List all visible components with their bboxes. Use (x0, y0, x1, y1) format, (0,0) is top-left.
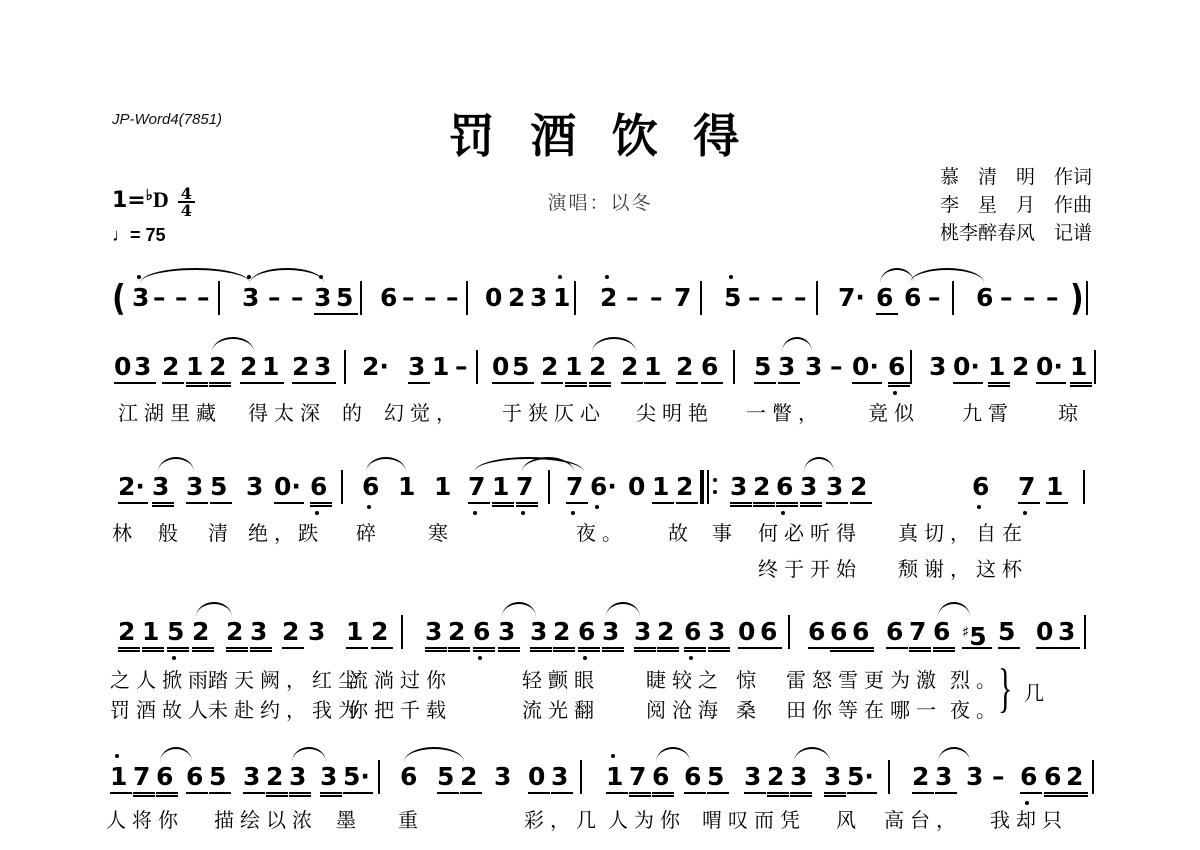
note: 5· (847, 762, 877, 794)
note: 7 (566, 472, 588, 504)
note: 1 (110, 762, 132, 794)
barline (1092, 760, 1094, 794)
music-line: (3–––3––356–––02312––75–––7·66–6–––) (0, 283, 1200, 323)
note: 3 (929, 352, 951, 382)
note: 3 (425, 617, 447, 649)
note: 5· (343, 762, 373, 794)
lyric-cell: 颓谢，这杯 (898, 556, 1028, 584)
dash-extension: – (455, 352, 477, 382)
octave-dot-above (558, 275, 562, 279)
note: 2 (266, 762, 288, 794)
slur-arc (782, 337, 812, 352)
music-line: 0321221232·31–052122126533–0·630·120·1江湖… (0, 352, 1200, 392)
note: 3 (824, 762, 846, 794)
note: 3 (805, 352, 827, 382)
music-line: 215223231232633263326306666676♯5503之人掀雨踏… (0, 617, 1200, 657)
note: 2 (226, 617, 248, 649)
dash-extension: – (992, 762, 1014, 792)
lyric-cell: 烈。 (950, 667, 1002, 695)
note: 5 (707, 762, 729, 794)
note: 2 (753, 472, 775, 504)
lyric-cell: 几 (1024, 680, 1050, 708)
note: 1 (432, 352, 454, 382)
barline (910, 350, 912, 384)
note: 6 (904, 283, 926, 313)
rest-note: 0 (738, 617, 760, 649)
octave-dot-above (729, 275, 733, 279)
barline (1094, 350, 1096, 384)
note: 1 (644, 352, 666, 384)
note: 1 (492, 472, 514, 504)
octave-dot-below (367, 505, 371, 509)
octave-dot-below (977, 505, 981, 509)
dash-extension: – (175, 283, 197, 313)
note: 1 (186, 352, 208, 384)
note: 6 (380, 283, 402, 313)
note: 6 (186, 762, 208, 794)
note: 5 (724, 283, 746, 313)
barline (574, 281, 576, 315)
lyric-cell: 夜。 (950, 697, 1002, 725)
note: 2· (362, 352, 392, 382)
note: 2 (508, 283, 530, 313)
note: 3 (708, 617, 730, 649)
note: 2 (371, 617, 393, 649)
note: 3 (246, 472, 268, 502)
note: 6 (400, 762, 422, 792)
dash-extension: – (771, 283, 793, 313)
octave-dot-above (611, 754, 615, 758)
note: 6 (684, 762, 706, 794)
dash-extension: – (830, 352, 852, 382)
note: 2 (676, 352, 698, 384)
slur-arc (140, 268, 250, 283)
lyric-cell: 江湖里藏 (118, 400, 222, 428)
note: 6 (701, 352, 723, 384)
repeat-dot (713, 478, 717, 482)
barline (466, 281, 468, 315)
note: 1 (988, 352, 1010, 384)
dash-extension: – (1046, 283, 1068, 313)
note: 6 (156, 762, 178, 794)
note: 0· (274, 472, 304, 504)
barline (360, 281, 362, 315)
note: 1 (606, 762, 628, 794)
note: 2 (912, 762, 934, 794)
note: 2 (1066, 762, 1088, 794)
lyric-cell: 事 (712, 520, 738, 548)
note: 7 (909, 617, 931, 649)
note: 2 (850, 472, 872, 504)
dash-extension: – (794, 283, 816, 313)
lyric-cell: 何必听得 (758, 520, 862, 548)
lyric-cell: 高台， (884, 807, 962, 835)
note: 5 (754, 352, 776, 384)
slur-arc (250, 268, 324, 283)
rest-note: 0 (628, 472, 650, 502)
sharp-icon: ♯ (962, 623, 969, 641)
note: 6 (310, 472, 332, 504)
note: 3 (186, 472, 208, 504)
note: 1 (346, 617, 368, 649)
note: 6 (652, 762, 674, 794)
note: 3 (289, 762, 311, 794)
lyric-cell: 流光翻 (522, 697, 600, 725)
note: 7 (516, 472, 538, 504)
slur-arc (292, 747, 326, 762)
note: 7· (838, 283, 868, 313)
note: 7 (133, 762, 155, 794)
barline (788, 615, 790, 649)
note: 2 (541, 352, 563, 384)
note: 6 (760, 617, 782, 649)
repeat-thin-bar (707, 470, 709, 504)
slur-arc (938, 602, 970, 617)
lyric-cell: 一瞥， (746, 400, 824, 428)
note: 7 (468, 472, 490, 504)
intro-parenthesis: ) (1070, 280, 1084, 318)
slur-arc (606, 602, 640, 617)
lyric-cell: 竟似 (868, 400, 920, 428)
barline (378, 760, 380, 794)
octave-dot-below (1025, 801, 1029, 805)
dash-extension: – (424, 283, 446, 313)
slur-arc (196, 602, 232, 617)
barline (218, 281, 220, 315)
note: 6 (852, 617, 874, 649)
lyric-cell: 之人掀雨 (110, 667, 214, 695)
note: ♯5 (962, 617, 992, 649)
octave-dot-above (247, 275, 251, 279)
rest-note: 0 (1036, 617, 1058, 649)
note: 3 (551, 762, 573, 794)
barline (888, 760, 890, 794)
slur-arc (160, 747, 192, 762)
note: 7 (674, 283, 696, 313)
note: 5 (167, 617, 189, 649)
note: 6 (886, 617, 908, 649)
note: 3 (530, 617, 552, 649)
slur-arc (592, 337, 636, 352)
octave-dot-below (172, 656, 176, 660)
barline (1083, 470, 1085, 504)
note: 6 (776, 472, 798, 504)
slur-arc (938, 747, 970, 762)
rest-note: 0 (528, 762, 550, 794)
note: 0· (852, 352, 882, 384)
barline (344, 350, 346, 384)
note: 3 (152, 472, 174, 504)
music-line: 2·33530·661171776·012326332671林般清绝，跌碎寒夜。… (0, 472, 1200, 512)
note: 3 (602, 617, 624, 649)
sheet-music-page: JP-Word4(7851) 罚 酒 饮 得 演唱：以冬 1=♭D44 ♩= 7… (0, 0, 1200, 850)
lyric-cell: 绝， (248, 520, 300, 548)
slur-arc (502, 602, 536, 617)
octave-dot-below (315, 511, 319, 515)
note: 3 (314, 352, 336, 384)
slur-arc (804, 457, 834, 472)
lyric-cell: 碎 (356, 520, 382, 548)
note: 1 (565, 352, 587, 384)
note: 6 (876, 283, 898, 315)
note: 6· (590, 472, 620, 502)
note: 3 (935, 762, 957, 794)
note: 5 (209, 762, 231, 794)
note: 3 (320, 762, 342, 794)
note: 3 (1058, 617, 1080, 649)
dash-extension: – (197, 283, 219, 313)
intro-parenthesis: ( (112, 280, 126, 318)
lyric-cell: 阅沧海 (646, 697, 724, 725)
repeat-thick-bar (700, 470, 704, 504)
note: 2 (621, 352, 643, 384)
dash-extension: – (650, 283, 672, 313)
dash-extension: – (402, 283, 424, 313)
note: 2 (589, 352, 611, 384)
note: 2 (192, 617, 214, 649)
octave-dot-below (689, 656, 693, 660)
note: 2 (292, 352, 314, 384)
lyric-cell: 描绘以浓 (214, 807, 318, 835)
lyric-cell: 尖明艳 (636, 400, 714, 428)
dash-extension: – (748, 283, 770, 313)
note: 6 (1044, 762, 1066, 794)
note: 2 (162, 352, 184, 384)
lyric-cell: 罚酒故人 (110, 697, 214, 725)
barline (952, 281, 954, 315)
note: 1 (434, 472, 456, 502)
note: 5 (512, 352, 534, 384)
lyric-cell: 未赴约，我为 (208, 697, 364, 725)
rest-note: 0 (485, 283, 507, 313)
note: 6 (1020, 762, 1042, 794)
note: 3 (498, 617, 520, 649)
lyric-cell: 清 (208, 520, 234, 548)
note: 3 (243, 762, 265, 794)
barline (580, 760, 582, 794)
note: 0· (1036, 352, 1066, 384)
lyric-cell: 琼 (1058, 400, 1084, 428)
note: 2 (553, 617, 575, 649)
note: 3 (744, 762, 766, 794)
barline (548, 470, 550, 504)
note: 3 (314, 283, 336, 315)
note: 7 (629, 762, 651, 794)
score: (3–––3––356–––02312––75–––7·66–6–––)0321… (0, 0, 1200, 850)
lyric-cell: 轻颤眼 (522, 667, 600, 695)
lyric-cell: 终于开始 (758, 556, 862, 584)
note: 2 (676, 472, 698, 504)
note: 6 (933, 617, 955, 649)
octave-dot-above (115, 754, 119, 758)
note: 1 (553, 283, 575, 313)
slur-arc (366, 457, 406, 472)
note: 3 (494, 762, 516, 792)
lyric-cell: 跌 (298, 520, 324, 548)
note: 3 (778, 352, 800, 384)
barline (816, 281, 818, 315)
note: 3 (790, 762, 812, 794)
note: 6 (976, 283, 998, 313)
note: 1 (142, 617, 164, 649)
lyric-cell: 惊 (736, 667, 762, 695)
lyric-cell: 人为你 (608, 807, 686, 835)
lyric-cell: 睫较之 (646, 667, 724, 695)
lyric-cell: 我却只 (990, 807, 1068, 835)
music-line: 1766532335·6523031766532335·233–662人将你描绘… (0, 762, 1200, 802)
note: 6 (888, 352, 910, 384)
note: 2· (118, 472, 148, 504)
note: 3 (408, 352, 430, 384)
lyric-cell: 寒 (428, 520, 454, 548)
note: 3 (242, 283, 264, 313)
note: 3 (966, 762, 988, 792)
note: 3 (730, 472, 752, 504)
lyric-cell: 喟叹而凭 (702, 807, 806, 835)
dash-extension: – (928, 283, 950, 313)
note: 3 (800, 472, 822, 504)
slur-arc (656, 747, 690, 762)
note: 2 (600, 283, 622, 313)
note: 7 (1018, 472, 1040, 504)
octave-dot-above (605, 275, 609, 279)
dash-extension: – (1023, 283, 1045, 313)
rest-note: 0 (114, 352, 136, 384)
repeat-sign (700, 470, 720, 504)
note: 2 (460, 762, 482, 794)
lyric-cell: 夜。 (576, 520, 628, 548)
octave-dot-below (1023, 511, 1027, 515)
note: 1 (398, 472, 420, 502)
note: 2 (209, 352, 231, 384)
note: 1 (1070, 352, 1092, 384)
note: 2 (282, 617, 304, 649)
note: 6 (972, 472, 994, 502)
octave-dot-below (893, 391, 897, 395)
octave-dot-below (521, 511, 525, 515)
lyric-cell: 彩，几 (524, 807, 602, 835)
dash-extension: – (1000, 283, 1022, 313)
note: 3 (250, 617, 272, 649)
rest-note: 0 (492, 352, 514, 384)
dash-extension: – (291, 283, 313, 313)
note: 6 (684, 617, 706, 649)
verse-brace: } (998, 659, 1012, 720)
barline (733, 350, 735, 384)
dash-extension: – (446, 283, 468, 313)
octave-dot-below (781, 511, 785, 515)
note: 3 (308, 617, 330, 647)
note: 2 (448, 617, 470, 649)
lyric-cell: 踏天阙，红尘 (208, 667, 364, 695)
note: 2 (767, 762, 789, 794)
lyric-cell: 墨 (336, 807, 362, 835)
lyric-cell: 流淌过你 (348, 667, 452, 695)
barline (700, 281, 702, 315)
note: 1 (262, 352, 284, 384)
note: 0· (953, 352, 983, 384)
dash-extension: – (268, 283, 290, 313)
slur-arc (158, 457, 194, 472)
note: 5 (437, 762, 459, 794)
note: 6 (362, 472, 384, 502)
lyric-cell: 于狭仄心 (502, 400, 606, 428)
note: 2 (240, 352, 262, 384)
note: 6 (578, 617, 600, 649)
octave-dot-below (583, 656, 587, 660)
barline (476, 350, 478, 384)
note: 2 (118, 617, 140, 649)
octave-dot-below (571, 511, 575, 515)
note: 3 (530, 283, 552, 313)
slur-arc (880, 268, 914, 283)
lyric-cell: 得太深 (248, 400, 326, 428)
barline (1086, 281, 1088, 315)
lyric-cell: 桑 (736, 697, 762, 725)
note: 5 (336, 283, 358, 315)
octave-dot-above (319, 275, 323, 279)
octave-dot-below (473, 511, 477, 515)
note: 1 (652, 472, 674, 504)
note: 2 (657, 617, 679, 649)
lyric-cell: 风 (836, 807, 862, 835)
barline (341, 470, 343, 504)
note: 6 (830, 617, 852, 649)
barline (401, 615, 403, 649)
dash-extension: – (153, 283, 175, 313)
lyric-cell: 人将你 (106, 807, 184, 835)
repeat-dot (713, 490, 717, 494)
lyric-cell: 故 (668, 520, 694, 548)
note: 3 (634, 617, 656, 649)
note: 1 (1046, 472, 1068, 504)
lyric-cell: 重 (398, 807, 424, 835)
note: 5 (210, 472, 232, 504)
note: 3 (134, 352, 156, 384)
slur-arc (212, 337, 254, 352)
note: 6 (808, 617, 830, 649)
lyric-cell: 幻觉， (384, 400, 462, 428)
lyric-cell: 九霄 (962, 400, 1014, 428)
octave-dot-above (137, 275, 141, 279)
lyric-cell: 你把千载 (348, 697, 452, 725)
note: 5 (998, 617, 1020, 649)
lyric-cell: 的 (342, 400, 368, 428)
slur-arc (404, 747, 464, 762)
note: 3 (132, 283, 154, 313)
lyric-cell: 林 (112, 520, 138, 548)
slur-arc (794, 747, 830, 762)
note: 3 (826, 472, 848, 504)
barline (1084, 615, 1086, 649)
dash-extension: – (626, 283, 648, 313)
note: 2 (1012, 352, 1034, 382)
lyric-cell: 雷怒雪更为激 (786, 667, 942, 695)
octave-dot-below (478, 656, 482, 660)
lyric-cell: 般 (158, 520, 184, 548)
lyric-cell: 真切，自在 (898, 520, 1028, 548)
octave-dot-below (595, 505, 599, 509)
note: 6 (473, 617, 495, 649)
slur-arc (910, 268, 984, 283)
lyric-cell: 田你等在哪一 (786, 697, 942, 725)
